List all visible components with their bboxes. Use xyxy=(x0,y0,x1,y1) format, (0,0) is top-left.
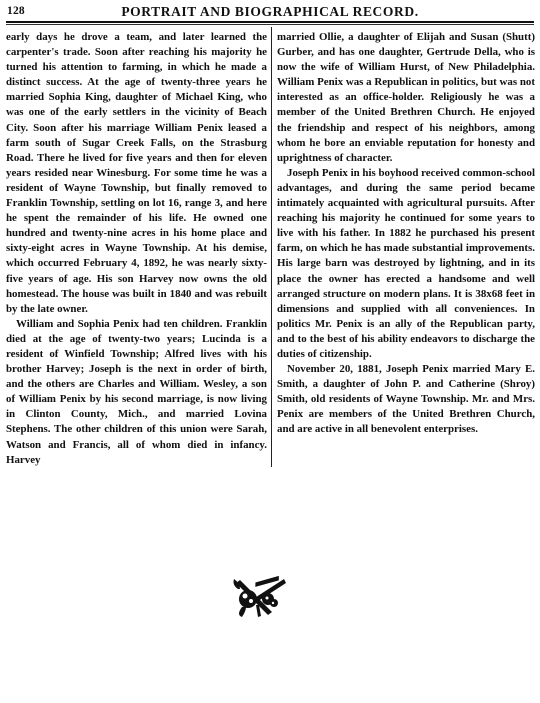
left-paragraph-2: William and Sophia Penix had ten childre… xyxy=(6,317,267,468)
page-header: 128 PORTRAIT AND BIOGRAPHICAL RECORD. xyxy=(0,2,540,22)
right-column: married Ollie, a daughter of Elijah and … xyxy=(277,30,535,438)
right-paragraph-2: Joseph Penix in his boyhood received com… xyxy=(277,166,535,362)
header-rule-thick xyxy=(6,21,534,23)
header-rule xyxy=(6,21,534,26)
left-column: early days he drove a team, and later le… xyxy=(6,30,267,468)
header-rule-thin xyxy=(6,24,534,25)
right-paragraph-1: married Ollie, a daughter of Elijah and … xyxy=(277,30,535,166)
running-title: PORTRAIT AND BIOGRAPHICAL RECORD. xyxy=(0,4,540,20)
floral-tailpiece-icon xyxy=(228,575,288,619)
right-paragraph-3: November 20, 1881, Joseph Penix married … xyxy=(277,362,535,437)
column-divider xyxy=(271,27,272,467)
left-paragraph-1: early days he drove a team, and later le… xyxy=(6,30,267,317)
